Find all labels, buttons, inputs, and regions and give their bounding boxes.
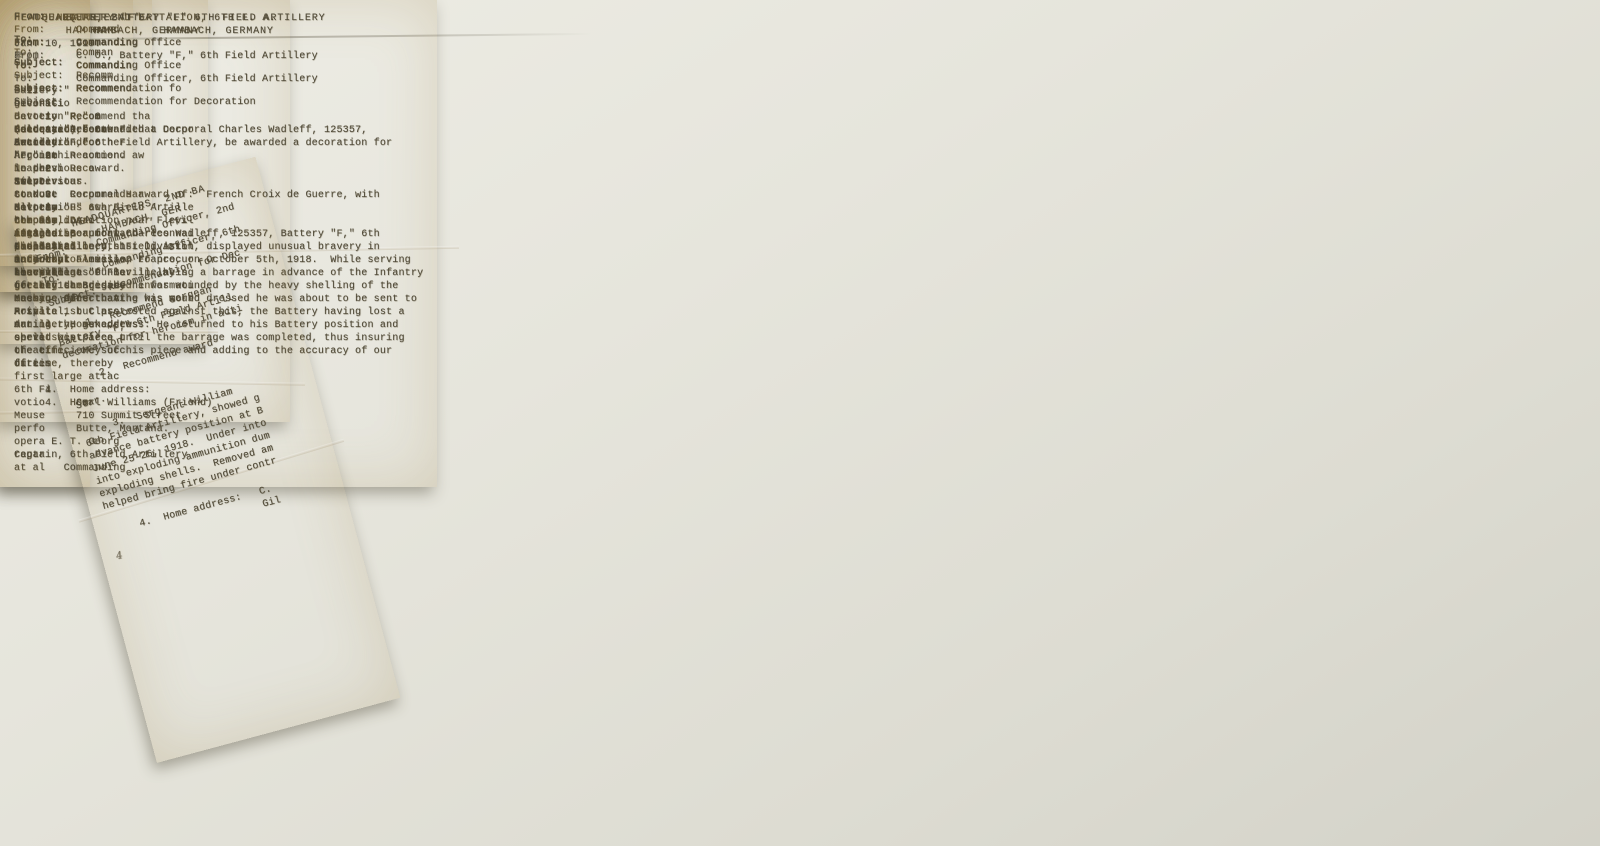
field-value: C. O., Battery "F," 6th Field Artillery — [76, 51, 423, 62]
text-line: Battery "F," 6th Field Artillery, be awa… — [14, 137, 423, 150]
field-label: To: — [41, 261, 104, 288]
memo-field-row: To:Commanding Officer, 6th Field Artille… — [14, 74, 423, 85]
text-line: BATTERY "F" 6TH FIELD ARTILLERY — [14, 12, 423, 25]
memo-field-row: Subject:Recommendation for Decoration — [14, 97, 423, 108]
text-line: 1. Recommend that Corporal Charles Wadle… — [14, 124, 423, 137]
memo-fields: From:C. O., Battery "F," 6th Field Artil… — [14, 51, 423, 108]
field-label: Subject: — [14, 97, 76, 108]
memo-field-row: From:C. O., Battery "F," 6th Field Artil… — [14, 51, 423, 62]
photo-of-documents: HEA From:Command To:Comman Subject:Recom… — [0, 0, 1600, 846]
text-line: heroism in action. — [14, 150, 423, 163]
letter-header: BATTERY "F" 6TH FIELD ARTILLERYHAMBACH, … — [14, 12, 423, 38]
field-value: Commanding Officer, 6th Field Artillery — [76, 74, 423, 85]
pencil-mark: 4 — [115, 550, 124, 562]
field-label: Subject: — [47, 283, 110, 310]
letter-date: Jan. 10, 1919. — [14, 38, 423, 51]
field-value: Recommendation for Decoration — [76, 97, 423, 108]
text-line: HAMBACH, GERMANY — [14, 25, 423, 38]
field-label: To: — [14, 74, 76, 85]
letter-body: 1. Recommend SergeanBattery "F," 6th Fie… — [54, 268, 331, 552]
pencil-mark: # 11 — [14, 51, 39, 62]
